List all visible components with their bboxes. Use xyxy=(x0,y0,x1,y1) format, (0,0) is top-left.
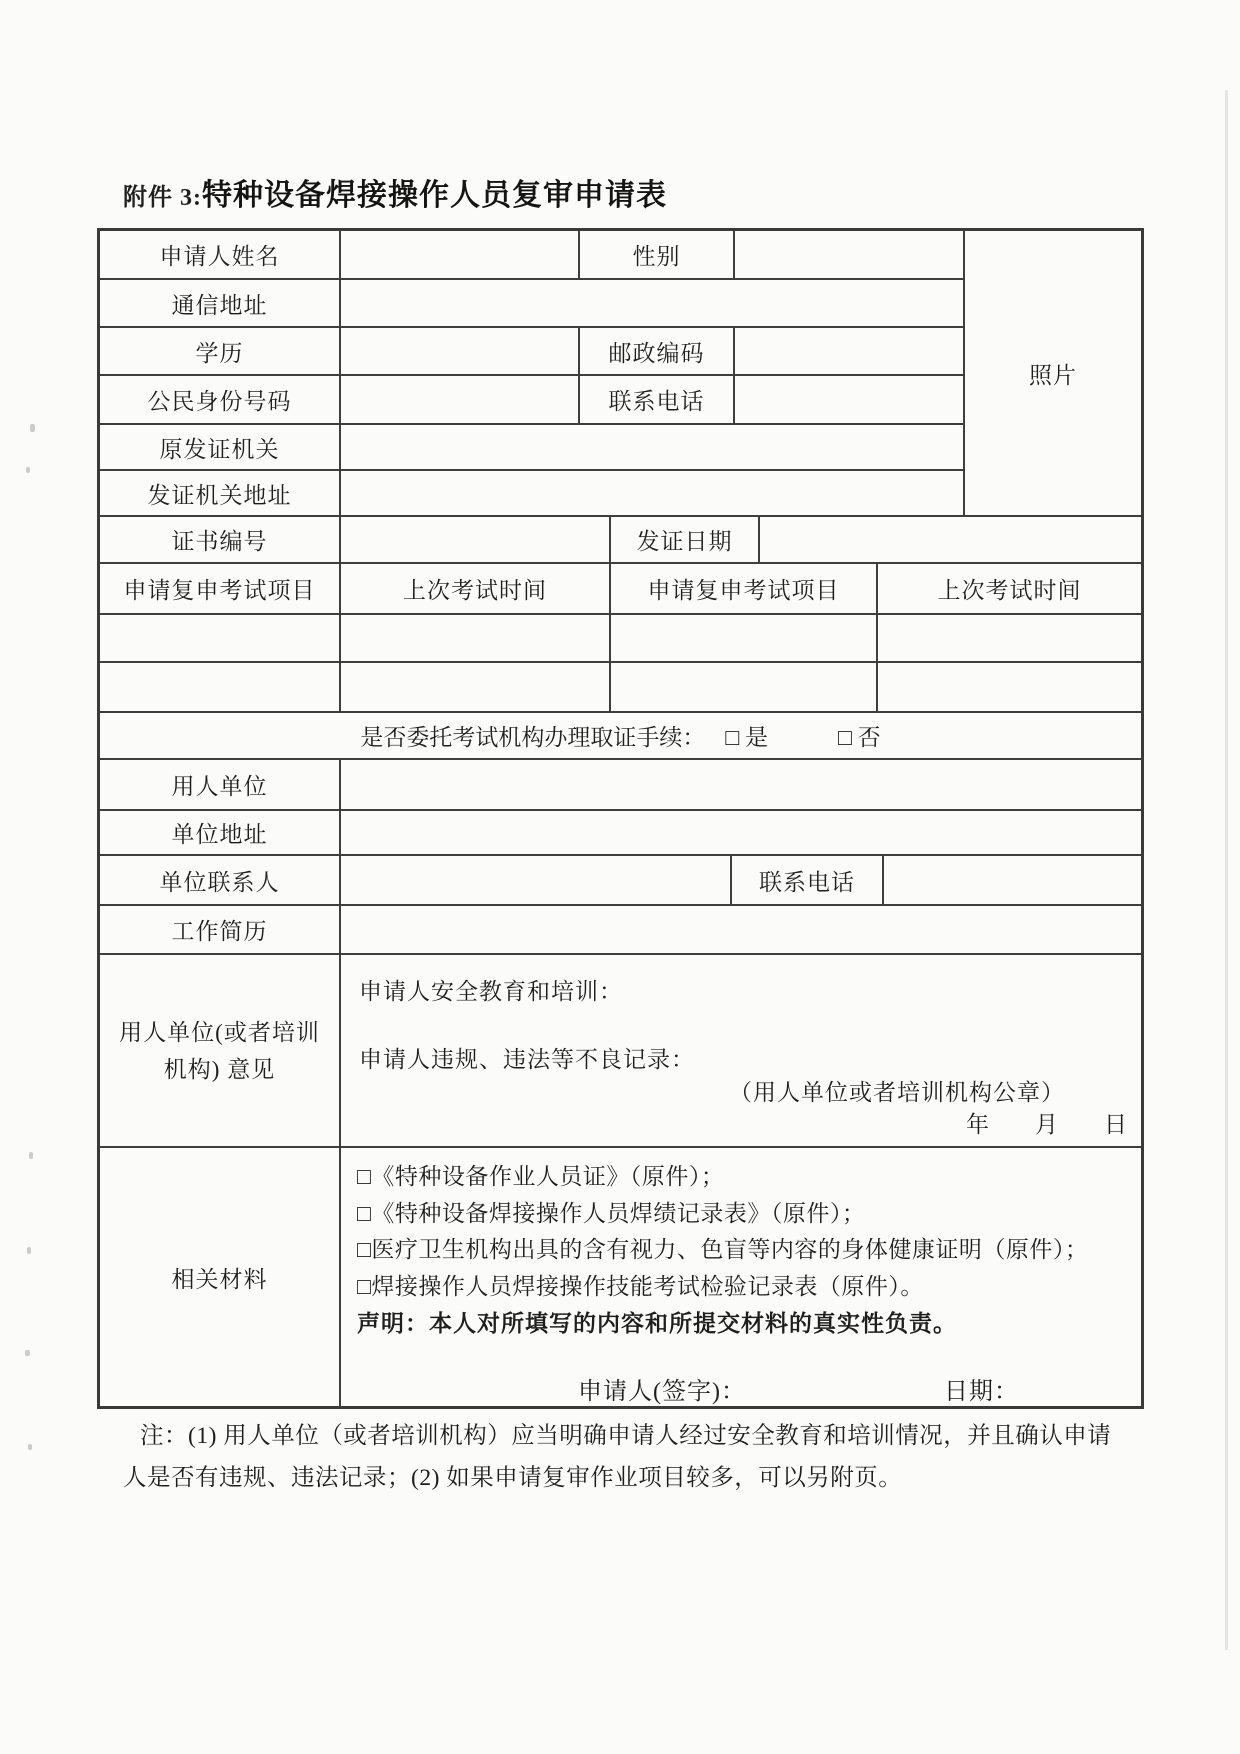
field-label-employer-contact: 单位联系人 xyxy=(100,856,341,906)
header-last-exam-time-2: 上次考试时间 xyxy=(878,564,1141,615)
footnote-line-2: 人是否有违规、违法记录；(2) 如果申请复审作业项目较多，可以另附页。 xyxy=(123,1458,902,1492)
field-label-employer-phone: 联系电话 xyxy=(732,856,884,906)
field-label-certificate-no: 证书编号 xyxy=(100,517,341,564)
field-label-issuing-authority-address: 发证机关地址 xyxy=(100,471,341,517)
opinion-seal-hint: （用人单位或者培训机构公章） xyxy=(729,1074,1065,1107)
delegate-question-row: 是否委托考试机构办理取证手续： □ 是 □ 否 xyxy=(100,713,1141,760)
employer-opinion-content: 申请人安全教育和培训： 申请人违规、违法等不良记录： （用人单位或者培训机构公章… xyxy=(341,955,1141,1148)
field-value-issuing-authority-address xyxy=(341,471,965,517)
field-label-related-materials: 相关材料 xyxy=(100,1148,341,1406)
attachment-number-label: 附件 3: xyxy=(123,185,202,211)
field-label-employer-opinion: 用人单位(或者培训 机构) 意见 xyxy=(100,955,341,1148)
signature-date-label: 日期： xyxy=(944,1371,1019,1406)
document-header: 附件 3:特种设备焊接操作人员复审申请表 xyxy=(123,170,667,214)
exam-item-cell xyxy=(611,663,878,713)
scan-artifact xyxy=(28,1444,32,1450)
exam-item-cell xyxy=(100,615,341,663)
exam-time-cell xyxy=(341,615,611,663)
field-label-phone: 联系电话 xyxy=(580,376,735,425)
scanned-document-page: 附件 3:特种设备焊接操作人员复审申请表 申请人姓名 性别 照片 通信地址 学历… xyxy=(0,0,1240,1754)
material-item-4: □焊接操作人员焊接操作技能考试检验记录表（原件）。 xyxy=(357,1269,1141,1306)
field-value-applicant-name xyxy=(341,231,580,280)
field-value-employer-phone xyxy=(884,856,1141,906)
field-label-citizen-id: 公民身份号码 xyxy=(100,376,341,425)
field-value-certificate-no xyxy=(341,517,611,564)
field-value-employer-address xyxy=(341,811,1141,856)
field-label-mailing-address: 通信地址 xyxy=(100,280,341,328)
scan-artifact xyxy=(30,424,35,432)
opinion-date-blanks: 年 月 日 xyxy=(966,1106,1127,1139)
field-value-phone xyxy=(735,376,965,425)
exam-time-cell xyxy=(878,615,1141,663)
header-review-exam-item-2: 申请复申考试项目 xyxy=(611,564,878,615)
field-label-applicant-name: 申请人姓名 xyxy=(100,231,341,280)
header-review-exam-item-1: 申请复申考试项目 xyxy=(100,564,341,615)
delegate-question-label: 是否委托考试机构办理取证手续： xyxy=(360,719,705,752)
header-last-exam-time-1: 上次考试时间 xyxy=(341,564,611,615)
field-label-work-history: 工作简历 xyxy=(100,906,341,955)
application-form-table: 申请人姓名 性别 照片 通信地址 学历 邮政编码 公民身份号码 联系电话 原发证… xyxy=(97,228,1144,1409)
field-value-mailing-address xyxy=(341,280,965,328)
scan-artifact xyxy=(29,1152,33,1159)
field-value-education xyxy=(341,328,580,376)
material-item-1: □《特种设备作业人员证》（原件）； xyxy=(357,1159,1141,1196)
scan-artifact xyxy=(25,1350,30,1356)
field-label-employer: 用人单位 xyxy=(100,760,341,811)
scan-artifact xyxy=(27,1247,31,1254)
field-label-education: 学历 xyxy=(100,328,341,376)
exam-item-cell xyxy=(611,615,878,663)
opinion-training-line: 申请人安全教育和培训： xyxy=(359,973,623,1006)
field-value-employer xyxy=(341,760,1141,811)
document-title: 特种设备焊接操作人员复审申请表 xyxy=(202,179,667,212)
field-value-postal-code xyxy=(735,328,965,376)
field-value-work-history xyxy=(341,906,1141,955)
material-item-2: □《特种设备焊接操作人员焊绩记录表》（原件）； xyxy=(357,1196,1141,1233)
field-label-employer-address: 单位地址 xyxy=(100,811,341,856)
field-label-gender: 性别 xyxy=(580,231,735,280)
field-value-gender xyxy=(735,231,965,280)
photo-box: 照片 xyxy=(965,231,1141,517)
declaration-line: 声明：本人对所填写的内容和所提交材料的真实性负责。 xyxy=(357,1305,1141,1342)
field-label-original-issuing-authority: 原发证机关 xyxy=(100,425,341,471)
scan-artifact xyxy=(26,467,30,473)
footnote-line-1: 注：(1) 用人单位（或者培训机构）应当明确申请人经过安全教育和培训情况，并且确… xyxy=(140,1416,1111,1450)
opinion-label-line1: 用人单位(或者培训 xyxy=(119,1014,320,1051)
exam-item-cell xyxy=(100,663,341,713)
field-value-original-issuing-authority xyxy=(341,425,965,471)
field-label-postal-code: 邮政编码 xyxy=(580,328,735,376)
opinion-bad-records-line: 申请人违规、违法等不良记录： xyxy=(359,1041,695,1074)
material-item-3: □医疗卫生机构出具的含有视力、色盲等内容的身体健康证明（原件）； xyxy=(357,1232,1141,1269)
related-materials-content: □《特种设备作业人员证》（原件）； □《特种设备焊接操作人员焊绩记录表》（原件）… xyxy=(341,1148,1141,1406)
field-value-citizen-id xyxy=(341,376,580,425)
scan-edge-shadow xyxy=(1225,90,1228,1650)
exam-time-cell xyxy=(341,663,611,713)
delegate-yes-checkbox: □ 是 xyxy=(725,719,768,752)
field-value-employer-contact xyxy=(341,856,732,906)
exam-time-cell xyxy=(878,663,1141,713)
field-value-issue-date xyxy=(760,517,1141,564)
field-label-issue-date: 发证日期 xyxy=(611,517,760,564)
opinion-label-line2: 机构) 意见 xyxy=(164,1051,275,1088)
applicant-signature-label: 申请人(签字)： xyxy=(578,1371,746,1406)
delegate-no-checkbox: □ 否 xyxy=(838,719,881,752)
